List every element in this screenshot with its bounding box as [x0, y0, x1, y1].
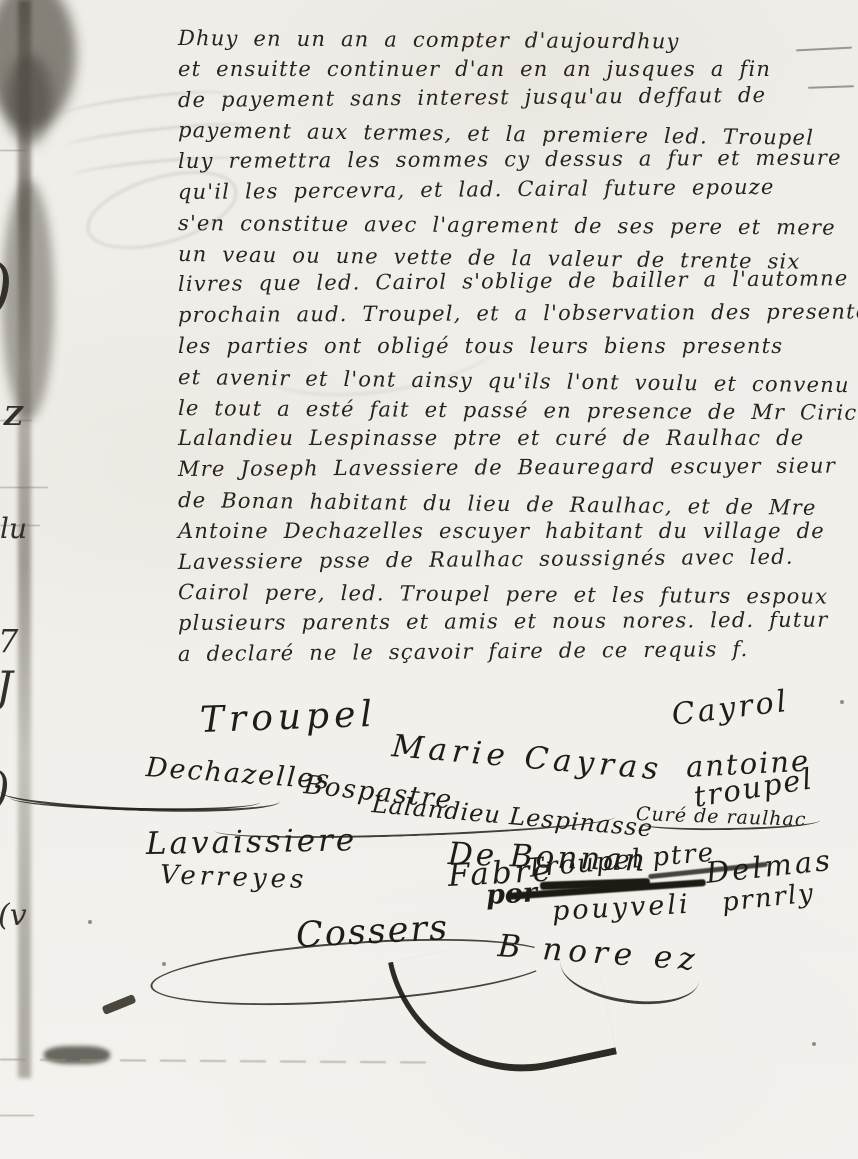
- signature-verreyes: Verreyes: [159, 860, 307, 895]
- body-line: qu'il les percevra, et lad. Cairal futur…: [178, 174, 850, 211]
- margin-glyph-fragment: Z: [4, 402, 23, 432]
- ruled-line-fragment: [0, 487, 48, 488]
- ink-smudge: [6, 55, 52, 145]
- margin-glyph-fragment: J: [0, 662, 13, 711]
- ink-speck: [88, 920, 92, 924]
- ruled-line-fragment: [0, 150, 26, 151]
- body-line: Lavessiere psse de Raulhac soussignés av…: [178, 544, 850, 581]
- body-line: Lalandieu Lespinasse ptre et curé de Rau…: [178, 426, 850, 457]
- signature-troupel-father: Troupel: [199, 694, 377, 741]
- ink-speck: [812, 1042, 816, 1046]
- body-line: Mre Joseph Lavessiere de Beauregard escu…: [178, 454, 850, 488]
- signature-cayrol: Cayrol: [670, 684, 791, 733]
- body-line: le tout a esté fait et passé en presence…: [178, 396, 850, 431]
- ink-tick: [102, 994, 137, 1015]
- body-line: de payement sans interest jusqu'au deffa…: [178, 82, 850, 119]
- ruled-line-fragment: [0, 1115, 34, 1116]
- body-line: Dhuy en un an a compter d'aujourdhuy: [178, 26, 850, 61]
- body-line: s'en constitue avec l'agrement de ses pe…: [178, 211, 850, 246]
- margin-glyph-fragment: ): [0, 252, 13, 326]
- body-line: les parties ont obligé tous leurs biens …: [178, 334, 850, 365]
- margin-glyph-fragment: lu: [0, 512, 27, 545]
- body-text: Dhuy en un an a compter d'aujourdhuy et …: [178, 26, 850, 673]
- manuscript-page: ) lu 7 Z J ) (v Dhuy en un an a compter …: [0, 0, 858, 1159]
- margin-glyph-fragment: 7: [0, 622, 18, 660]
- body-line: a declaré ne le sçavoir faire de ce requ…: [178, 636, 850, 673]
- ink-speck: [162, 962, 166, 966]
- margin-glyph-fragment: (v: [0, 898, 27, 933]
- body-line: prochain aud. Troupel, et a l'observatio…: [178, 300, 850, 334]
- body-line: livres que led. Cairol s'oblige de baill…: [178, 267, 850, 304]
- signature-marie-cayras: Marie Cayras: [390, 728, 664, 788]
- ink-smudge: [44, 1046, 110, 1064]
- ink-speck: [840, 700, 844, 704]
